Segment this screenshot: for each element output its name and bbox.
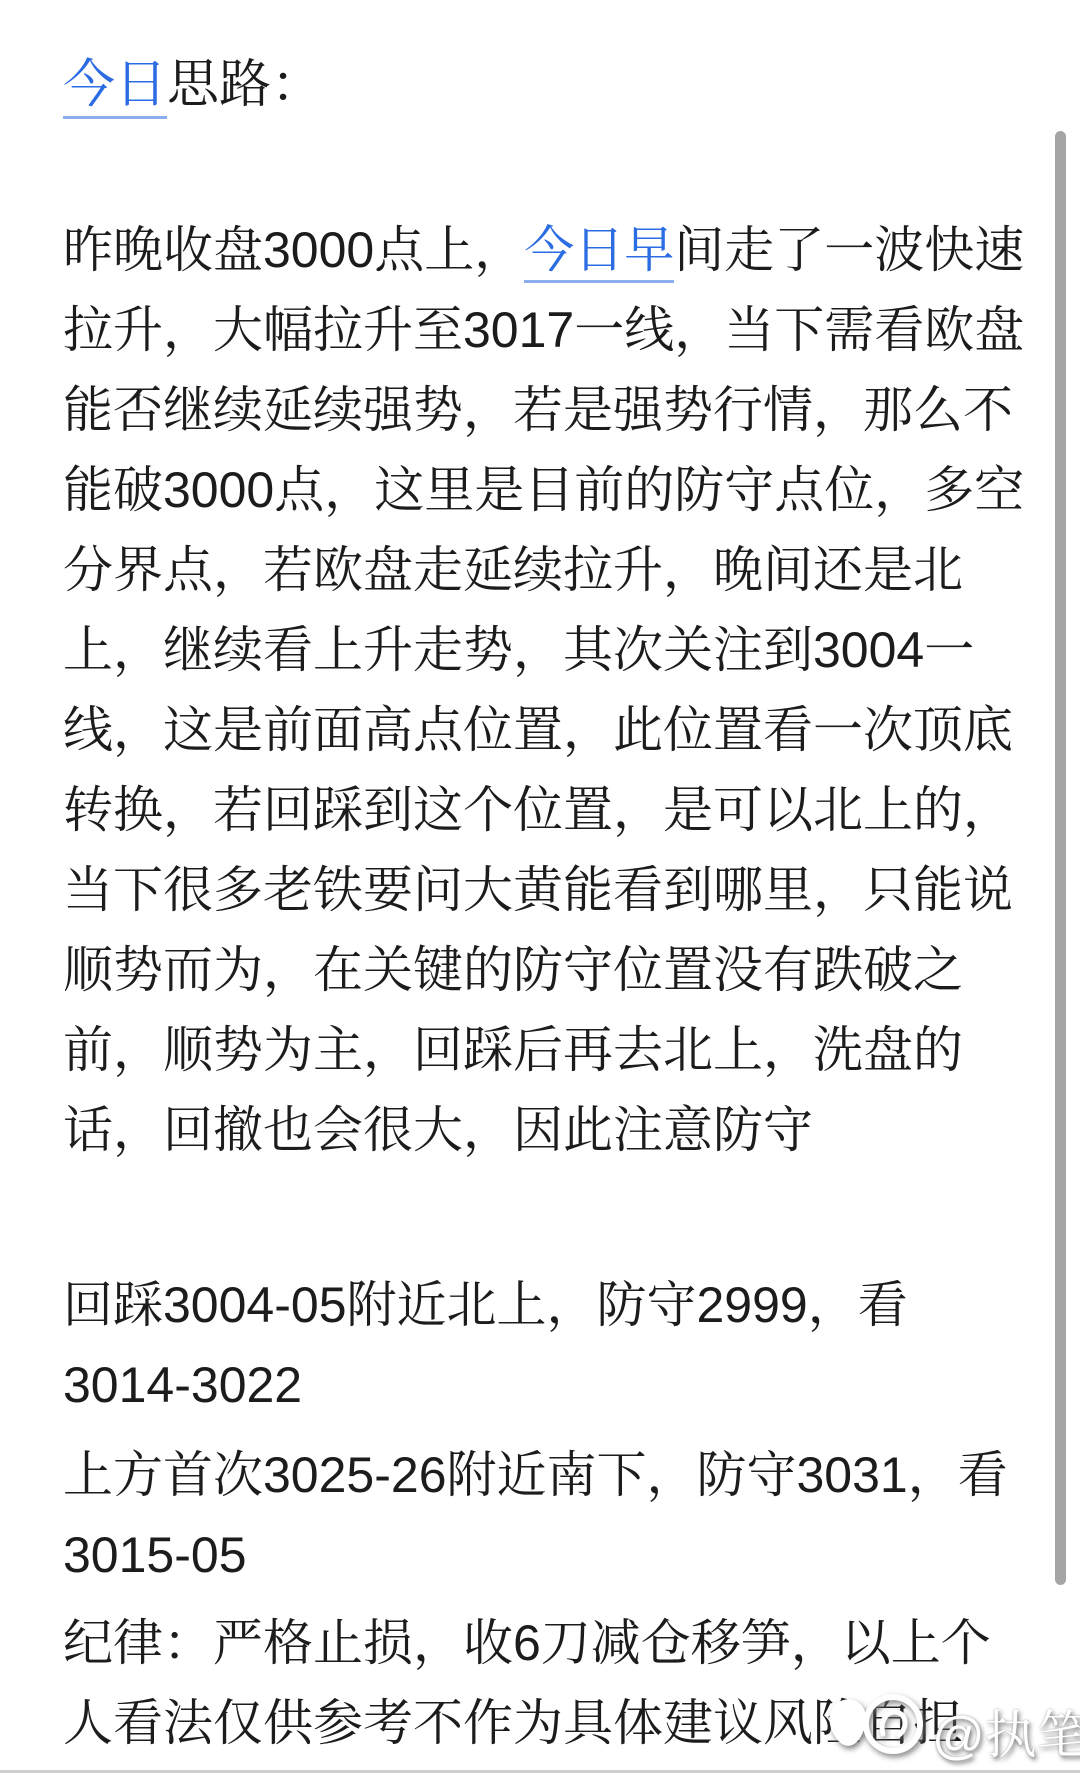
text-line: 能否继续延续强势，若是强势行情，那么不 xyxy=(63,370,1028,450)
text-line: 上，继续看上升走势，其次关注到3004一 xyxy=(63,610,1028,690)
para-discipline: 纪律：严格止损，收6刀减仓移笋，以上个人看法仅供参考不作为具体建议风险自担 xyxy=(63,1603,1028,1763)
text-segment: 3014-3022 xyxy=(63,1357,302,1413)
article-heading: 今日思路： xyxy=(63,45,1028,125)
para-long-plan: 回踩3004-05附近北上，防守2999，看3014-3022 xyxy=(63,1265,1028,1425)
text-segment: 能破3000点，这里是目前的防守点位，多空 xyxy=(63,462,1024,518)
text-line: 上方首次3025-26附近南下，防守3031，看 xyxy=(63,1435,1028,1515)
page: { "colors": { "text": "#1c1c1c", "link_b… xyxy=(0,0,1080,1780)
text-segment: 当下很多老铁要问大黄能看到哪里，只能说 xyxy=(63,862,1013,918)
text-segment: 拉升，大幅拉升至3017一线，当下需看欧盘 xyxy=(63,302,1024,358)
text-line: 3014-3022 xyxy=(63,1345,1028,1425)
text-line: 昨晚收盘3000点上，今日早间走了一波快速 xyxy=(63,210,1028,290)
inline-link[interactable]: 今日早 xyxy=(524,222,674,283)
text-line: 能破3000点，这里是目前的防守点位，多空 xyxy=(63,450,1028,530)
text-segment: 前，顺势为主，回踩后再去北上，洗盘的 xyxy=(63,1022,963,1078)
text-segment: 上，继续看上升走势，其次关注到3004一 xyxy=(63,622,974,678)
text-segment: 转换，若回踩到这个位置，是可以北上的， xyxy=(63,782,1013,838)
text-line: 当下很多老铁要问大黄能看到哪里，只能说 xyxy=(63,850,1028,930)
text-line: 人看法仅供参考不作为具体建议风险自担 xyxy=(63,1683,1028,1763)
text-line: 线，这是前面高点位置，此位置看一次顶底 xyxy=(63,690,1028,770)
text-line: 话，回撤也会很大，因此注意防守 xyxy=(63,1090,1028,1170)
text-line: 纪律：严格止损，收6刀减仓移笋，以上个 xyxy=(63,1603,1028,1683)
text-line: 分界点，若欧盘走延续拉升，晚间还是北 xyxy=(63,530,1028,610)
text-segment: 线，这是前面高点位置，此位置看一次顶底 xyxy=(63,702,1013,758)
text-segment: 间走了一波快速 xyxy=(674,222,1024,278)
heading-link-today[interactable]: 今日 xyxy=(63,56,167,119)
text-segment: 话，回撤也会很大，因此注意防守 xyxy=(63,1102,813,1158)
text-segment: 昨晚收盘3000点上， xyxy=(63,222,524,278)
text-line: 顺势而为，在关键的防守位置没有跌破之 xyxy=(63,930,1028,1010)
text-segment: 3015-05 xyxy=(63,1527,247,1583)
text-segment: 上方首次3025-26附近南下，防守3031，看 xyxy=(63,1447,1008,1503)
para-analysis: 昨晚收盘3000点上，今日早间走了一波快速拉升，大幅拉升至3017一线，当下需看… xyxy=(63,210,1028,1170)
text-segment: 回踩3004-05附近北上，防守2999，看 xyxy=(63,1277,908,1333)
text-segment: 顺势而为，在关键的防守位置没有跌破之 xyxy=(63,942,963,998)
article-body: 今日思路： 昨晚收盘3000点上，今日早间走了一波快速拉升，大幅拉升至3017一… xyxy=(63,45,1028,1763)
text-segment: 能否继续延续强势，若是强势行情，那么不 xyxy=(63,382,1013,438)
para-short-plan: 上方首次3025-26附近南下，防守3031，看3015-05 xyxy=(63,1435,1028,1595)
paragraphs-container: 昨晚收盘3000点上，今日早间走了一波快速拉升，大幅拉升至3017一线，当下需看… xyxy=(63,210,1028,1763)
scrollbar-thumb[interactable] xyxy=(1055,131,1066,1585)
bottom-divider xyxy=(0,1770,1080,1773)
text-line: 转换，若回踩到这个位置，是可以北上的， xyxy=(63,770,1028,850)
text-segment: 纪律：严格止损，收6刀减仓移笋，以上个 xyxy=(63,1615,991,1671)
text-line: 拉升，大幅拉升至3017一线，当下需看欧盘 xyxy=(63,290,1028,370)
heading-rest-text: 思路： xyxy=(167,56,323,114)
text-segment: 人看法仅供参考不作为具体建议风险自担 xyxy=(63,1695,963,1751)
text-line: 3015-05 xyxy=(63,1515,1028,1595)
text-line: 回踩3004-05附近北上，防守2999，看 xyxy=(63,1265,1028,1345)
text-line: 前，顺势为主，回踩后再去北上，洗盘的 xyxy=(63,1010,1028,1090)
text-segment: 分界点，若欧盘走延续拉升，晚间还是北 xyxy=(63,542,963,598)
